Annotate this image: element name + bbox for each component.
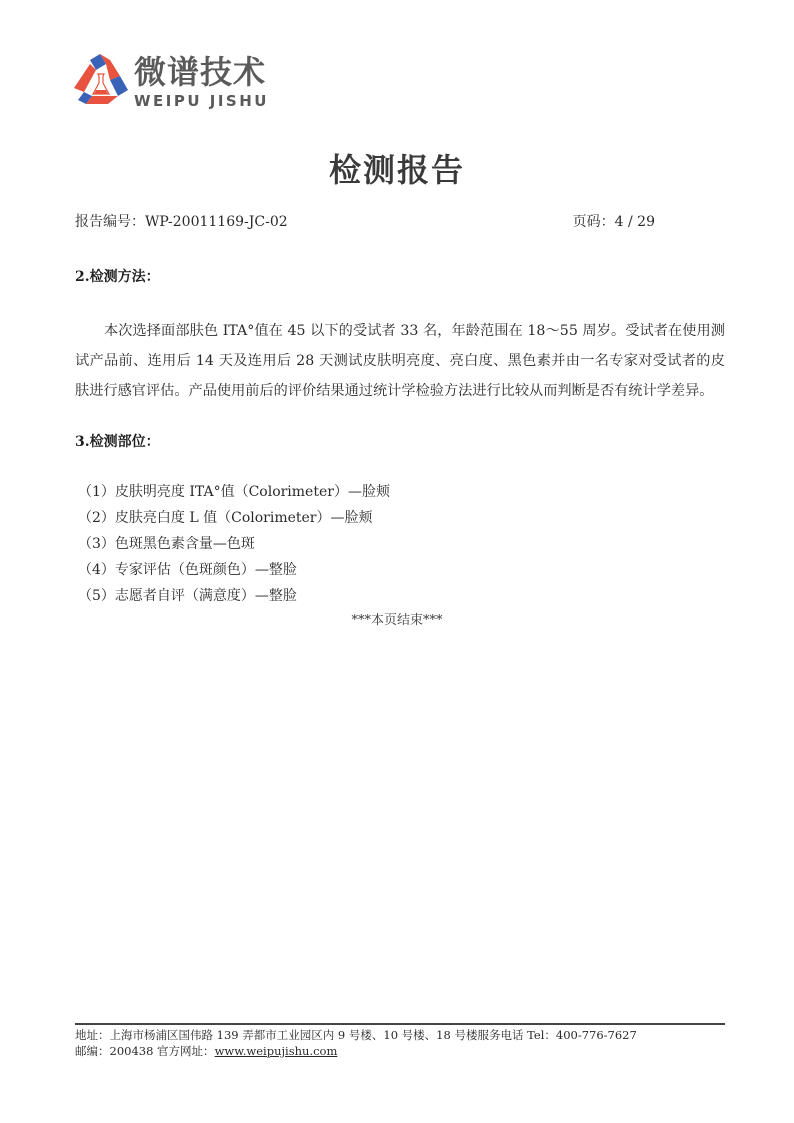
test-sites-list: （1）皮肤明亮度 ITA°值（Colorimeter）—脸颊 （2）皮肤亮白度 … <box>78 479 390 609</box>
website-link[interactable]: www.weipujishu.com <box>215 1044 338 1058</box>
list-item: （3）色斑黑色素含量—色斑 <box>78 531 390 557</box>
company-logo: 微谱技术 WEIPU JISHU <box>70 50 300 115</box>
list-item: （1）皮肤明亮度 ITA°值（Colorimeter）—脸颊 <box>78 479 390 505</box>
logo-name-en: WEIPU JISHU <box>134 92 269 110</box>
footer-divider <box>75 1023 725 1025</box>
section-heading-method: 2.检测方法： <box>75 266 160 286</box>
footer-address: 地址：上海市杨浦区国伟路 139 弄都市工业园区内 9 号楼、10 号楼、18 … <box>75 1027 637 1043</box>
document-title: 检测报告 <box>0 145 794 191</box>
weipu-logo-icon <box>70 50 132 112</box>
method-paragraph: 本次选择面部肤色 ITA°值在 45 以下的受试者 33 名，年龄范围在 18～… <box>75 316 725 406</box>
footer-contact: 邮编：200438 官方网址：www.weipujishu.com <box>75 1043 337 1059</box>
list-item: （4）专家评估（色斑颜色）—整脸 <box>78 557 390 583</box>
logo-name-cn: 微谱技术 <box>134 54 266 90</box>
page-number: 页码：4 / 29 <box>573 211 655 231</box>
page-end-marker: ***本页结束*** <box>0 609 794 628</box>
footer-postcode: 邮编：200438 官方网址： <box>75 1044 215 1058</box>
list-item: （2）皮肤亮白度 L 值（Colorimeter）—脸颊 <box>78 505 390 531</box>
section-heading-sites: 3.检测部位： <box>75 431 160 451</box>
report-number: 报告编号：WP-20011169-JC-02 <box>75 211 288 231</box>
list-item: （5）志愿者自评（满意度）—整脸 <box>78 583 390 609</box>
